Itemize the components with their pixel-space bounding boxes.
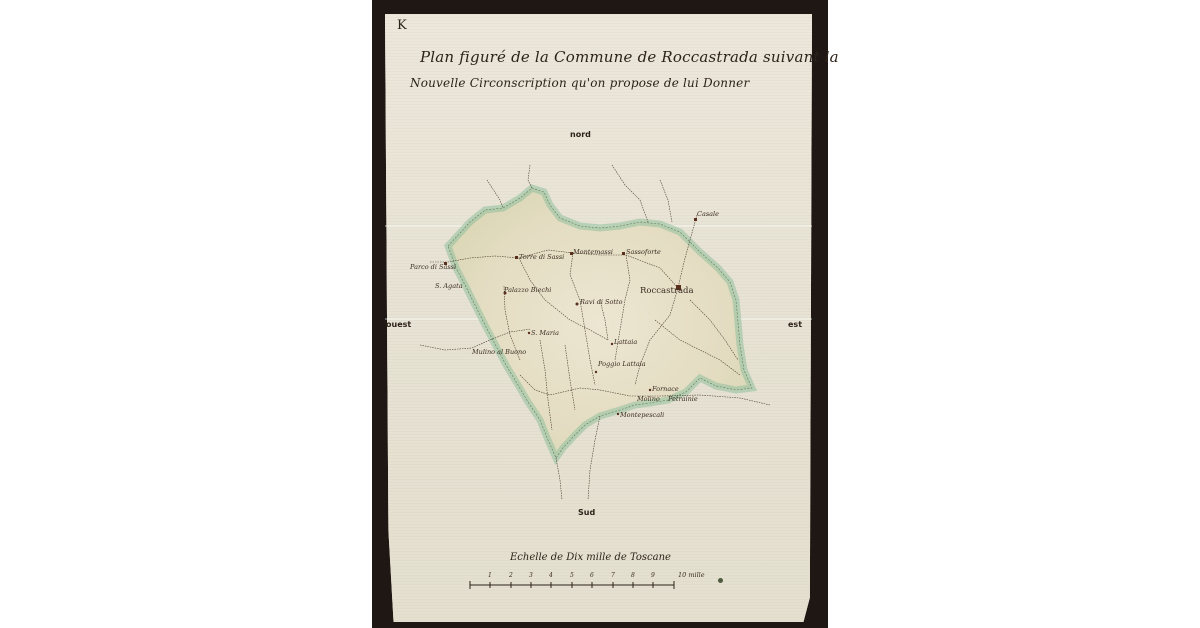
scale-tick-label: 4 bbox=[549, 572, 553, 579]
compass-north-label: nord bbox=[570, 130, 591, 139]
place-label: Montepescali bbox=[620, 411, 664, 419]
compass-east-label: est bbox=[788, 320, 802, 329]
place-label: Ravi di Sotto bbox=[580, 298, 623, 306]
scale-tick-label: 9 bbox=[651, 572, 655, 579]
compass-west-label: ouest bbox=[386, 320, 411, 329]
scale-tick-label: 7 bbox=[611, 572, 615, 579]
scale-tick-label: 6 bbox=[590, 572, 594, 579]
scale-unit-label: 10 mille bbox=[678, 571, 705, 579]
place-label: Montemassi bbox=[573, 248, 613, 256]
place-label: Poggio Lattaia bbox=[598, 360, 646, 368]
place-label: Molino bbox=[637, 395, 660, 403]
place-label: Casale bbox=[697, 210, 719, 218]
place-label: Lattaia bbox=[614, 338, 637, 346]
place-label: Petrainie bbox=[668, 395, 698, 403]
place-label: Sassoforte bbox=[626, 248, 661, 256]
compass-south-label: Sud bbox=[578, 508, 595, 517]
commune-map-drawing bbox=[0, 0, 1200, 628]
place-label: Mulino al Buono bbox=[472, 348, 526, 356]
place-label: Torre di Sassi bbox=[519, 253, 564, 261]
place-label: Parco di Sassi bbox=[410, 263, 456, 271]
scale-tick-label: 2 bbox=[509, 572, 513, 579]
scale-tick-label: 5 bbox=[570, 572, 574, 579]
scale-tick-label: 8 bbox=[631, 572, 635, 579]
scale-tick-label: 1 bbox=[488, 572, 492, 579]
commune-boundary bbox=[448, 188, 752, 458]
scale-title: Echelle de Dix mille de Toscane bbox=[510, 552, 671, 563]
place-label: Roccastrada bbox=[640, 286, 694, 296]
place-label: S. Maria bbox=[531, 329, 559, 337]
place-label: Palazzo Biechi bbox=[504, 286, 551, 294]
scale-bar-graphic bbox=[470, 581, 674, 589]
place-label: S. Agata bbox=[435, 282, 463, 290]
place-label: Fornace bbox=[652, 385, 679, 393]
scale-tick-label: 3 bbox=[529, 572, 533, 579]
ink-spot bbox=[718, 578, 723, 583]
